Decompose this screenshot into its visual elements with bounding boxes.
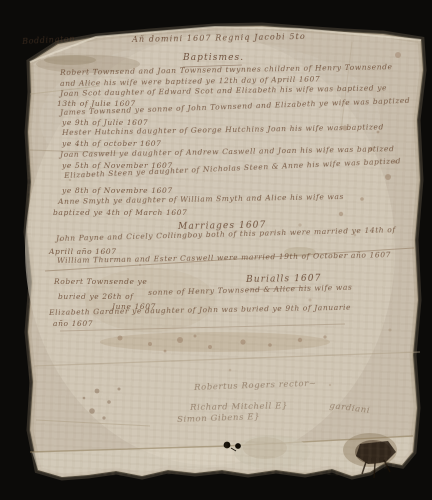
- baptisms-section-title: Baptismes.: [183, 54, 244, 63]
- baptism-entry-line: ye 9th of Julie 1607: [62, 119, 148, 127]
- burial-entry-line: año 1607: [53, 320, 93, 328]
- baptism-entry-line: ye 8th of Novembre 1607: [62, 187, 173, 195]
- baptism-entry-line: baptized ye 4th of March 1607: [53, 209, 187, 217]
- burial-entry-line: buried ye 26th of: [58, 293, 134, 301]
- burial-entry-line: Robert Townsende ye: [54, 278, 147, 286]
- baptism-entry-line: ye 4th of october 1607: [62, 140, 161, 148]
- manuscript-photo: Boddington Añ domini 1607 Regniq Jacobi …: [0, 0, 432, 500]
- churchwarden-signature: Richard Mitchell E}: [190, 402, 288, 412]
